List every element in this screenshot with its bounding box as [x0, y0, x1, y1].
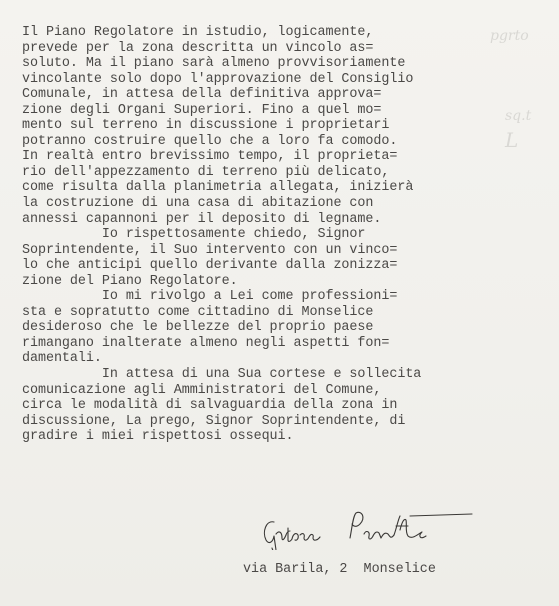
handwritten-signature: Gastone Parodi (handwritten signature) [260, 510, 475, 550]
bleed-through-text: pgrto [490, 28, 529, 44]
letter-line: In realtà entro brevissimo tempo, il pro… [22, 149, 421, 165]
letter-line: Soprintendente, il Suo intervento con un… [22, 243, 421, 259]
letter-line: annessi capannoni per il deposito di leg… [22, 212, 421, 228]
letter-line: mento sul terreno in discussione i propr… [22, 118, 421, 134]
letter-line: potranno costruire quello che a loro fa … [22, 134, 421, 150]
sender-address: via Barila, 2 Monselice [243, 562, 436, 577]
bleed-through-text: sq.t [505, 108, 531, 124]
letter-line: prevede per la zona descritta un vincolo… [22, 41, 421, 57]
letter-line: Io rispettosamente chiedo, Signor [22, 227, 421, 243]
letter-page: pgrto sq.t L Il Piano Regolatore in istu… [0, 0, 559, 606]
bleed-through-text: L [505, 128, 518, 152]
letter-line: sta e sopratutto come cittadino di Monse… [22, 305, 421, 321]
letter-line: Io mi rivolgo a Lei come professioni= [22, 289, 421, 305]
letter-line: zione degli Organi Superiori. Fino a que… [22, 103, 421, 119]
letter-line: soluto. Ma il piano sarà almeno provviso… [22, 56, 421, 72]
letter-line: gradire i miei rispettosi ossequi. [22, 429, 421, 445]
letter-line: la costruzione di una casa di abitazione… [22, 196, 421, 212]
letter-line: rimangano inalterate almeno negli aspett… [22, 336, 421, 352]
letter-line: desideroso che le bellezze del proprio p… [22, 320, 421, 336]
letter-line: rio dell'appezzamento di terreno più del… [22, 165, 421, 181]
letter-line: discussione, La prego, Signor Soprintend… [22, 414, 421, 430]
letter-line: vincolante solo dopo l'approvazione del … [22, 72, 421, 88]
letter-line: comunicazione agli Amministratori del Co… [22, 383, 421, 399]
letter-line: lo che anticipi quello derivante dalla z… [22, 258, 421, 274]
letter-line: circa le modalità di salvaguardia della … [22, 398, 421, 414]
letter-line: come risulta dalla planimetria allegata,… [22, 180, 421, 196]
letter-line: In attesa di una Sua cortese e sollecita [22, 367, 421, 383]
letter-line: damentali. [22, 351, 421, 367]
letter-line: Il Piano Regolatore in istudio, logicame… [22, 25, 421, 41]
letter-body: Il Piano Regolatore in istudio, logicame… [22, 25, 421, 445]
letter-line: zione del Piano Regolatore. [22, 274, 421, 290]
letter-line: Comunale, in attesa della definitiva app… [22, 87, 421, 103]
